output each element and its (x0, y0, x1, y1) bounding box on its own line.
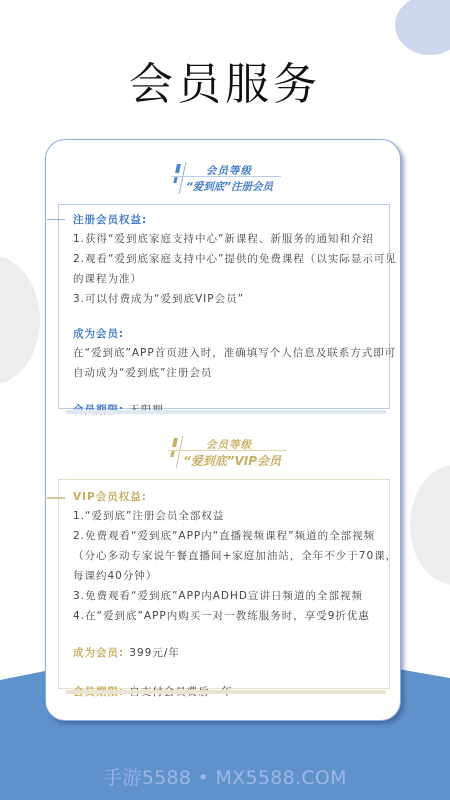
benefit-item: 的课程为准） (73, 269, 397, 289)
join-price: 399元/年 (129, 647, 180, 659)
section-tick (47, 219, 65, 220)
section-tick (47, 497, 65, 499)
header-mark-icon (172, 438, 178, 447)
join-title: 成为会员: (73, 325, 397, 343)
header-mark-icon (175, 164, 181, 173)
benefit-item: 2.免费观看“爱到底”APP内“直播视频课程”频道的全部视频 (73, 526, 397, 546)
vip-level-header: 会员等级 “爱到底”VIP会员 (46, 434, 400, 474)
header-mark-icon (170, 451, 174, 457)
vip-details-box: VIP会员权益: 1.“爱到底”注册会员全部权益 2.免费观看“爱到底”APP内… (58, 479, 390, 689)
join-row: 成为会员: 399元/年 (73, 642, 397, 663)
decorative-circle-right (410, 465, 450, 585)
decorative-circle-top (395, 0, 450, 55)
box-shadow-bar (66, 410, 386, 414)
join-text: 在“爱到底”APP首页进入时，准确填写个人信息及联系方式即可 (73, 343, 397, 363)
decorative-circle-left (0, 255, 40, 385)
page-title: 会员服务 (0, 48, 450, 112)
benefit-item: 4.在“爱到底”APP内购买一对一教练服务时，享受9折优惠 (73, 606, 397, 626)
header-mark-icon (173, 177, 177, 183)
level-label: 会员等级 (206, 163, 252, 178)
level-name: “爱到底”注册会员 (186, 179, 273, 194)
level-label: 会员等级 (206, 437, 252, 452)
registered-level-header: 会员等级 “爱到底”注册会员 (46, 160, 400, 200)
registered-details-box: 注册会员权益: 1.获得“爱到底家庭支持中心”新课程、新服务的通知和介绍 2.观… (58, 204, 390, 409)
benefit-item: 3.可以付费成为“爱到底VIP会员” (73, 289, 397, 309)
benefit-item: 2.观看“爱到底家庭支持中心”提供的免费课程（以实际显示可见 (73, 249, 397, 269)
benefits-title: VIP会员权益: (73, 488, 397, 506)
join-label: 成为会员: (73, 647, 124, 659)
box-shadow-bar (66, 690, 386, 694)
watermark: 手游5588 • MX5588.COM (0, 763, 450, 790)
membership-card: 会员等级 “爱到底”注册会员 注册会员权益: 1.获得“爱到底家庭支持中心”新课… (45, 139, 401, 721)
benefits-title: 注册会员权益: (73, 211, 397, 229)
benefit-item: 3.免费观看“爱到底”APP内ADHD宣讲日频道的全部视频 (73, 586, 397, 606)
benefit-item: （分心多动专家说午餐直播间+家庭加油站，全年不少于70课， (73, 546, 397, 566)
benefit-item: 1.获得“爱到底家庭支持中心”新课程、新服务的通知和介绍 (73, 229, 397, 249)
level-name: “爱到底”VIP会员 (183, 452, 281, 469)
join-text: 自动成为“爱到底”注册会员 (73, 363, 397, 383)
benefit-item: 1.“爱到底”注册会员全部权益 (73, 506, 397, 526)
benefit-item: 每课约40分钟） (73, 566, 397, 586)
